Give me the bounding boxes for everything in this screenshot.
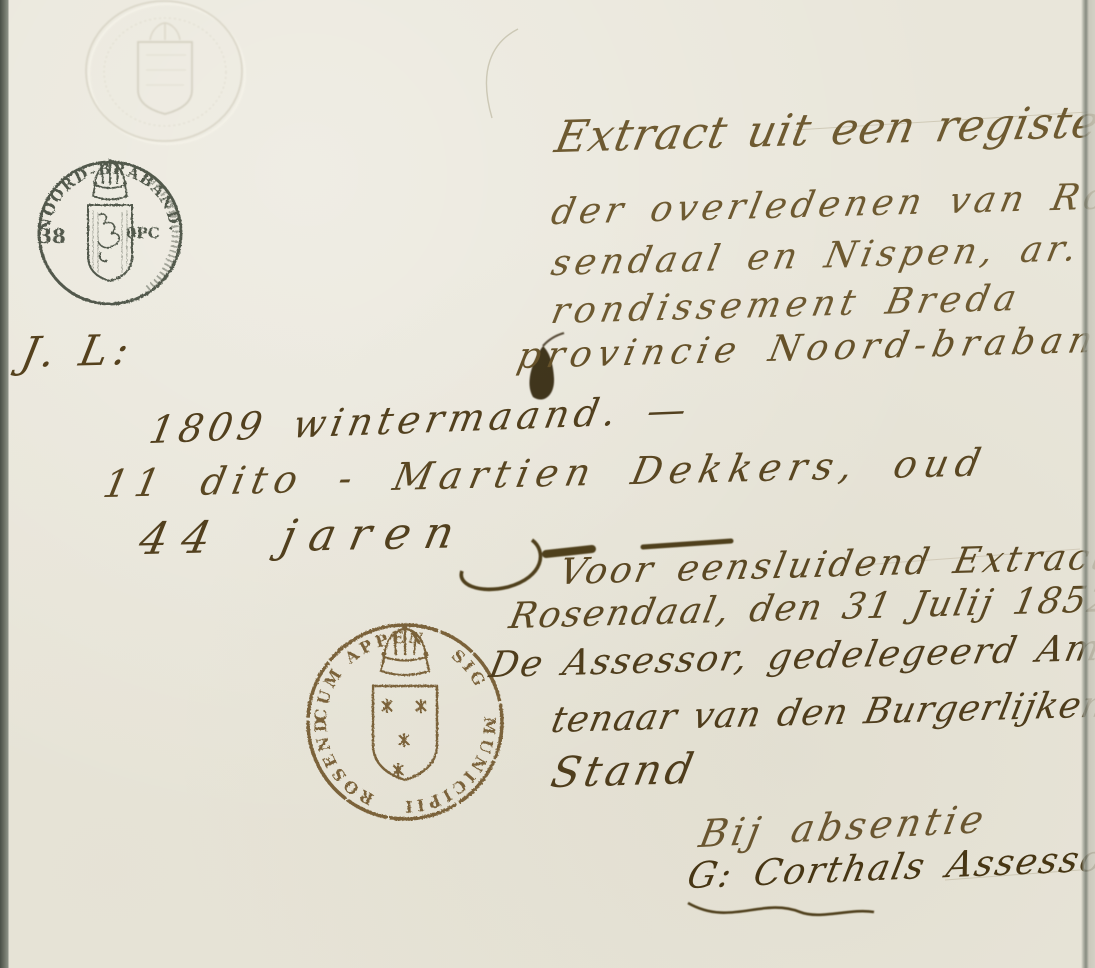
scan-edge-left	[0, 0, 9, 968]
closing-line-5: Stand	[547, 744, 702, 797]
scan-edge-right	[1081, 0, 1095, 968]
margin-initials: J. L:	[17, 325, 139, 377]
entry-line-3: 44 jaren	[135, 507, 473, 565]
scanned-document: NOORD-BRABAND. 38 0PC CUM APPEN SIG MUNI…	[0, 0, 1095, 968]
